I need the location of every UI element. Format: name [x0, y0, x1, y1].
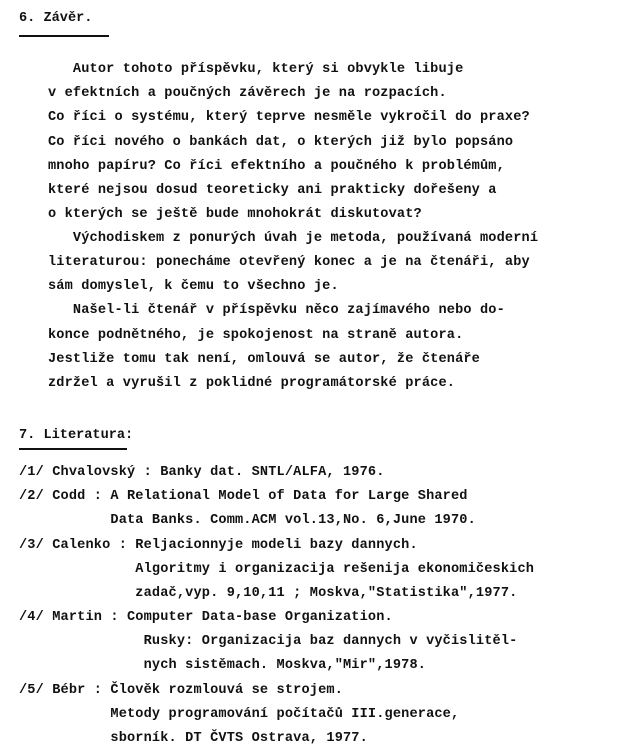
reference-line: /3/ Calenko : Reljacionnyje modeli bazy …: [19, 538, 418, 554]
conclusion-line: literaturou: ponecháme otevřený konec a …: [48, 255, 530, 271]
conclusion-line: které nejsou dosud teoreticky ani prakti…: [48, 183, 497, 199]
conclusion-line: Co říci nového o bankách dat, o kterých …: [48, 135, 513, 151]
section-7-heading: 7. Literatura:: [19, 428, 133, 444]
section-6-underline: [19, 35, 109, 37]
reference-line: /1/ Chvalovský : Banky dat. SNTL/ALFA, 1…: [19, 465, 385, 481]
document-page: 6. Závěr. Autor tohoto příspěvku, který …: [0, 0, 637, 755]
conclusion-line: konce podnětného, je spokojenost na stra…: [48, 328, 463, 344]
conclusion-line: Našel-li čtenář v příspěvku něco zajímav…: [48, 303, 505, 319]
conclusion-line: mnoho papíru? Co říci efektního a poučné…: [48, 159, 505, 175]
conclusion-line: v efektních a poučných závěrech je na ro…: [48, 86, 447, 102]
reference-line: nych sistěmach. Moskva,"Mir",1978.: [19, 658, 426, 674]
reference-line: /2/ Codd : A Relational Model of Data fo…: [19, 489, 468, 505]
reference-line: /5/ Bébr : Člověk rozmlouvá se strojem.: [19, 683, 343, 699]
reference-line: Rusky: Organizacija baz dannych v vyčisl…: [19, 634, 517, 650]
section-7-underline: [19, 448, 127, 450]
reference-line: Algoritmy i organizacija rešenija ekonom…: [19, 562, 534, 578]
reference-line: Data Banks. Comm.ACM vol.13,No. 6,June 1…: [19, 513, 476, 529]
conclusion-line: sám domyslel, k čemu to všechno je.: [48, 279, 339, 295]
conclusion-line: Co říci o systému, který teprve nesměle …: [48, 110, 530, 126]
section-6-heading: 6. Závěr.: [19, 11, 92, 27]
reference-line: zadač,vyp. 9,10,11 ; Moskva,"Statistika"…: [19, 586, 517, 602]
reference-line: /4/ Martin : Computer Data-base Organiza…: [19, 610, 393, 626]
reference-line: sborník. DT ČVTS Ostrava, 1977.: [19, 731, 368, 747]
reference-line: Metody programování počítačů III.generac…: [19, 707, 459, 723]
conclusion-line: Jestliže tomu tak není, omlouvá se autor…: [48, 352, 480, 368]
conclusion-line: Východiskem z ponurých úvah je metoda, p…: [48, 231, 538, 247]
conclusion-line: o kterých se ještě bude mnohokrát diskut…: [48, 207, 422, 223]
conclusion-line: Autor tohoto příspěvku, který si obvykle…: [48, 62, 463, 78]
conclusion-line: zdržel a vyrušil z poklidné programátors…: [48, 376, 455, 392]
